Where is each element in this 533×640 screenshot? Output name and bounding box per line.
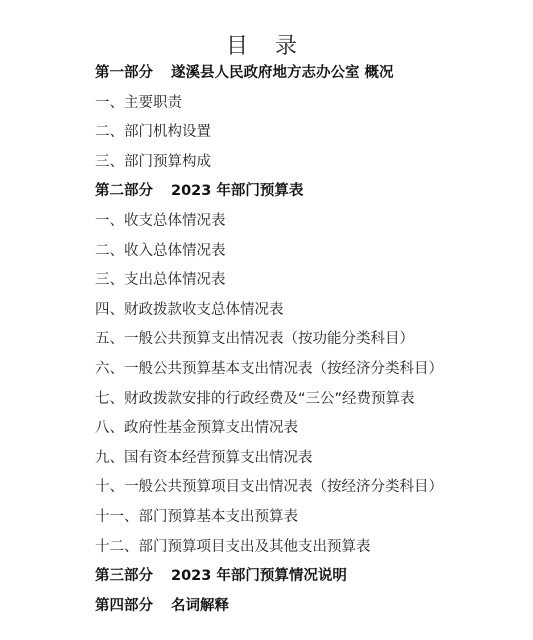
- toc-item[interactable]: 十、一般公共预算项目支出情况表（按经济分类科目）: [95, 475, 443, 505]
- toc-part-4[interactable]: 第四部分名词解释: [95, 594, 443, 624]
- toc-item[interactable]: 三、支出总体情况表: [95, 268, 443, 298]
- toc-part-3[interactable]: 第三部分2023 年部门预算情况说明: [95, 564, 443, 594]
- toc-item[interactable]: 四、财政拨款收支总体情况表: [95, 298, 443, 328]
- toc-part-text: 2023 年部门预算表: [171, 183, 303, 199]
- toc-item[interactable]: 一、收支总体情况表: [95, 209, 443, 239]
- toc-item[interactable]: 八、政府性基金预算支出情况表: [95, 416, 443, 446]
- toc-item[interactable]: 七、财政拨款安排的行政经费及“三公”经费预算表: [95, 387, 443, 417]
- toc-part-text: 遂溪县人民政府地方志办公室 概况: [171, 65, 394, 81]
- toc-part-1[interactable]: 第一部分遂溪县人民政府地方志办公室 概况: [95, 61, 443, 91]
- toc-part-label: 第四部分: [95, 598, 153, 614]
- toc-part-label: 第一部分: [95, 65, 153, 81]
- toc-title: 目 录: [0, 29, 533, 60]
- toc-item[interactable]: 二、部门机构设置: [95, 120, 443, 150]
- table-of-contents: 第一部分遂溪县人民政府地方志办公室 概况 一、主要职责 二、部门机构设置 三、部…: [95, 61, 443, 623]
- toc-item[interactable]: 十一、部门预算基本支出预算表: [95, 505, 443, 535]
- toc-item[interactable]: 九、国有资本经营预算支出情况表: [95, 446, 443, 476]
- toc-item[interactable]: 六、一般公共预算基本支出情况表（按经济分类科目）: [95, 357, 443, 387]
- toc-part-text: 2023 年部门预算情况说明: [171, 568, 347, 584]
- toc-part-label: 第三部分: [95, 568, 153, 584]
- toc-item[interactable]: 十二、部门预算项目支出及其他支出预算表: [95, 535, 443, 565]
- toc-part-2[interactable]: 第二部分2023 年部门预算表: [95, 179, 443, 209]
- toc-part-text: 名词解释: [171, 598, 229, 614]
- toc-item[interactable]: 二、收入总体情况表: [95, 239, 443, 269]
- toc-item[interactable]: 三、部门预算构成: [95, 150, 443, 180]
- toc-item[interactable]: 五、一般公共预算支出情况表（按功能分类科目）: [95, 327, 443, 357]
- toc-part-label: 第二部分: [95, 183, 153, 199]
- toc-item[interactable]: 一、主要职责: [95, 91, 443, 121]
- document-page: 目 录 第一部分遂溪县人民政府地方志办公室 概况 一、主要职责 二、部门机构设置…: [0, 0, 533, 640]
